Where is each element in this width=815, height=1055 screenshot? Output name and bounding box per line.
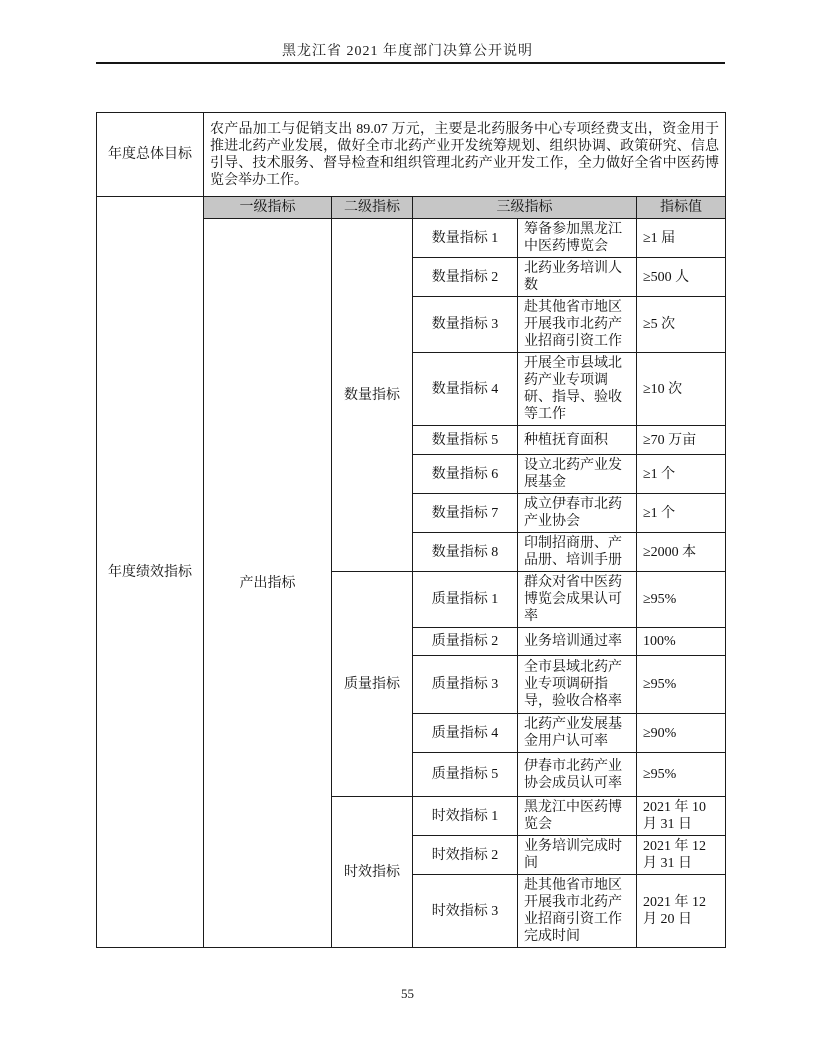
indicator-name: 数量指标 1 [413,219,518,258]
indicator-desc: 开展全市县域北药产业专项调研、指导、验收等工作 [518,353,637,426]
header-level3: 三级指标 [413,197,637,219]
group-label-quantity: 数量指标 [332,219,413,572]
indicator-name: 数量指标 2 [413,258,518,297]
indicator-name: 质量指标 5 [413,753,518,797]
indicator-value: 2021 年 12 月 31 日 [637,836,726,875]
indicator-name: 时效指标 2 [413,836,518,875]
header-level2: 二级指标 [332,197,413,219]
indicator-value: 2021 年 12 月 20 日 [637,875,726,948]
indicator-desc: 赴其他省市地区开展我市北药产业招商引资工作完成时间 [518,875,637,948]
header-value: 指标值 [637,197,726,219]
indicator-desc: 北药业务培训人数 [518,258,637,297]
indicator-value: 100% [637,628,726,656]
indicator-name: 数量指标 6 [413,455,518,494]
level1-output-label: 产出指标 [204,219,332,948]
indicator-value: ≥95% [637,753,726,797]
indicator-desc: 印制招商册、产品册、培训手册 [518,533,637,572]
indicator-name: 时效指标 3 [413,875,518,948]
overall-goal-label: 年度总体目标 [97,113,204,197]
header-level1: 一级指标 [204,197,332,219]
indicator-name: 质量指标 3 [413,656,518,714]
indicator-value: ≥1 个 [637,455,726,494]
indicator-value: ≥10 次 [637,353,726,426]
indicator-name: 质量指标 2 [413,628,518,656]
indicator-desc: 全市县域北药产业专项调研指导，验收合格率 [518,656,637,714]
document-page: 黑龙江省 2021 年度部门决算公开说明 年度总体目标 农产品加工与促销支出 8… [0,0,815,1055]
indicator-desc: 赴其他省市地区开展我市北药产业招商引资工作 [518,297,637,353]
performance-report-table: 年度总体目标 农产品加工与促销支出 89.07 万元，主要是北药服务中心专项经费… [96,112,726,948]
indicator-value: ≥95% [637,656,726,714]
indicator-name: 质量指标 4 [413,714,518,753]
indicator-name: 数量指标 8 [413,533,518,572]
indicator-name: 数量指标 7 [413,494,518,533]
group-label-timeliness: 时效指标 [332,797,413,948]
indicator-desc: 群众对省中医药博览会成果认可率 [518,572,637,628]
indicator-value: ≥1 个 [637,494,726,533]
indicator-value: ≥90% [637,714,726,753]
overall-goal-row: 年度总体目标 农产品加工与促销支出 89.07 万元，主要是北药服务中心专项经费… [97,113,726,197]
performance-section-label: 年度绩效指标 [97,197,204,948]
indicator-value: ≥95% [637,572,726,628]
indicator-header-row: 年度绩效指标 一级指标 二级指标 三级指标 指标值 [97,197,726,219]
indicator-desc: 设立北药产业发展基金 [518,455,637,494]
indicator-desc: 伊春市北药产业协会成员认可率 [518,753,637,797]
page-title: 黑龙江省 2021 年度部门决算公开说明 [0,40,815,60]
indicator-desc: 黑龙江中医药博览会 [518,797,637,836]
indicator-name: 数量指标 3 [413,297,518,353]
indicator-desc: 北药产业发展基金用户认可率 [518,714,637,753]
indicator-value: ≥2000 本 [637,533,726,572]
indicator-name: 数量指标 4 [413,353,518,426]
group-label-quality: 质量指标 [332,572,413,797]
indicator-value: ≥5 次 [637,297,726,353]
indicator-value: ≥1 届 [637,219,726,258]
indicator-desc: 业务培训通过率 [518,628,637,656]
indicator-desc: 成立伊春市北药产业协会 [518,494,637,533]
title-divider [96,62,725,64]
indicator-value: ≥70 万亩 [637,426,726,455]
indicator-name: 数量指标 5 [413,426,518,455]
indicator-value: ≥500 人 [637,258,726,297]
overall-goal-text: 农产品加工与促销支出 89.07 万元，主要是北药服务中心专项经费支出，资金用于… [204,113,726,197]
indicator-desc: 种植抚育面积 [518,426,637,455]
indicator-value: 2021 年 10 月 31 日 [637,797,726,836]
indicator-desc: 筹备参加黑龙江中医药博览会 [518,219,637,258]
indicator-name: 质量指标 1 [413,572,518,628]
page-number: 55 [0,986,815,1002]
indicator-name: 时效指标 1 [413,797,518,836]
indicator-desc: 业务培训完成时间 [518,836,637,875]
